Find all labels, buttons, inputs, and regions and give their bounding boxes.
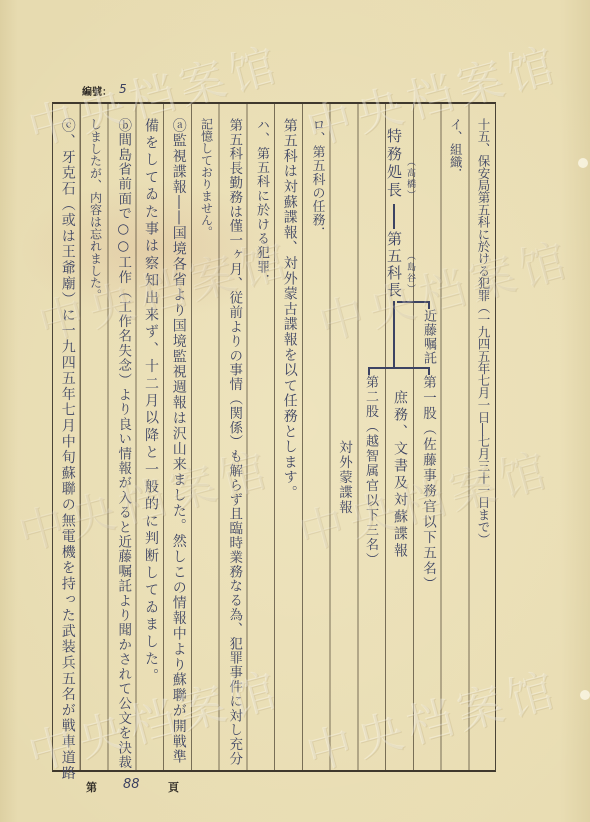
org-director: 特務処長	[385, 128, 403, 200]
crimes-intro-line-2: 記憶しておりません。	[192, 118, 220, 238]
item-a-line-1: ⓐ監視諜報――国境各省より国境監視週報は沢山来ました。然しこの情報中より蘇聯が開…	[164, 118, 192, 765]
document-number-label: 編號：	[82, 83, 112, 98]
item-a-line-2: 備をしてゐた事は察知出来ず、十二月以降と一般的に判断してゐました。	[136, 118, 164, 686]
heading-crimes: ハ、第五科に於ける犯罪．	[247, 118, 275, 288]
org-connector-line	[428, 367, 430, 375]
item-b-line-1: ⓑ間島省前面で○○工作（工作名失念）より良い情報が入ると近藤嘱託より聞かされて公…	[109, 118, 137, 770]
org-connector-line	[428, 301, 430, 309]
document-number-value: 5	[119, 82, 127, 96]
org-section-chief: 第五科長	[385, 231, 403, 299]
ruled-manuscript-frame: 十五、保安局第五科に於ける犯罪（一九四五年七月一日―七月三十一日まで） イ、組織…	[52, 102, 496, 772]
org-connector-line	[393, 204, 395, 229]
org-connector-line	[393, 301, 395, 367]
org-advisor: 近藤嘱託	[419, 309, 437, 365]
section-title: 十五、保安局第五科に於ける犯罪（一九四五年七月一日―七月三十一日まで）	[469, 118, 497, 545]
punch-hole	[578, 158, 588, 168]
org-section-2: 第二股（越智属官以下三名）	[361, 375, 379, 567]
org-connector-line	[397, 301, 429, 303]
item-b-line-2: しましたが、内容は忘れました。	[81, 118, 109, 301]
org-section-chief-name: （島谷）	[404, 251, 416, 295]
punch-hole	[580, 690, 590, 700]
item-c-line-1: ⓒ、牙克石（或は王爺廟）に一九四五年七月中旬蘇聯の無電機を持った武装兵五名が戦車…	[53, 118, 81, 782]
page-number: 88	[123, 777, 140, 792]
org-section-1-duty: 庶務、文書及対蘇諜報	[391, 390, 409, 560]
org-connector-line	[368, 367, 429, 369]
org-connector-line	[368, 367, 370, 375]
crimes-intro-line-1: 第五科長勤務は僅一ヶ月、従前よりの事情（関係）も解らず且臨時業務なる為、犯罪事件…	[220, 118, 248, 766]
org-section-2-duty: 対外蒙諜報	[335, 440, 353, 515]
page-prefix: 第	[86, 779, 97, 795]
org-section-1: 第一股（佐藤事務官以下五名）	[419, 375, 437, 592]
duties-text: 第五科は対蘇諜報、対外蒙古諜報を以て任務とします。	[275, 118, 303, 501]
heading-duties: ロ、第五科の任務．	[303, 118, 331, 240]
heading-organization: イ、組織．	[442, 118, 470, 181]
org-director-name: （高橋）	[404, 157, 416, 201]
page-suffix: 頁	[168, 779, 179, 795]
